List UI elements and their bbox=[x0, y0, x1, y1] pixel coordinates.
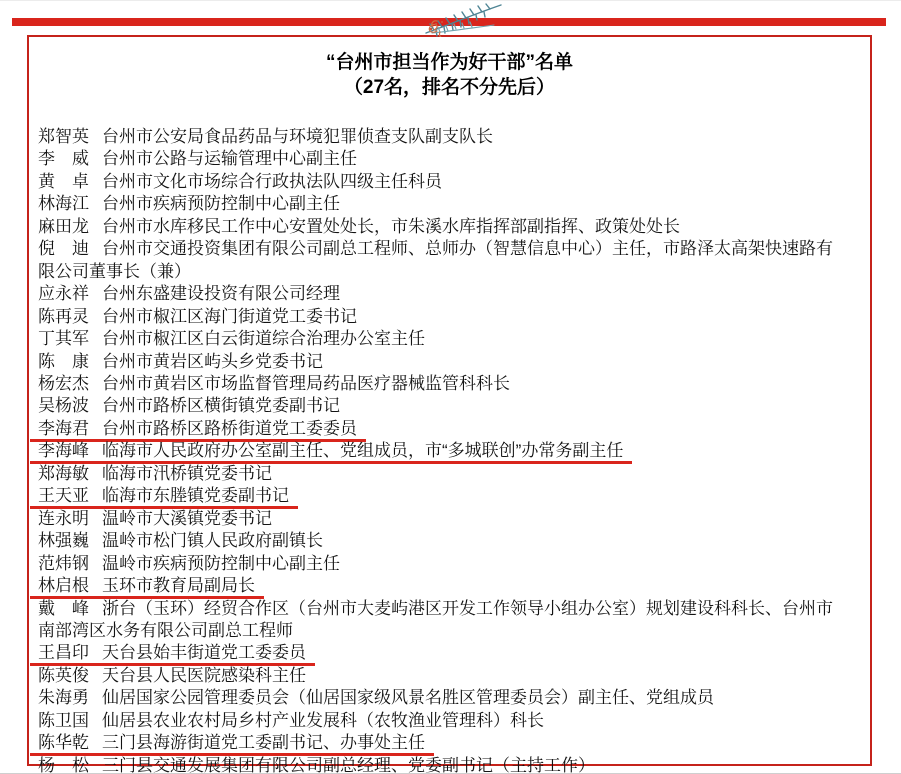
page-subtitle: （27名，排名不分先后） bbox=[29, 75, 870, 100]
entry-text: 陈卫国仙居县农业农村局乡村产业发展科（农牧渔业管理科）科长 bbox=[38, 711, 544, 730]
official-position: 台州市交通投资集团有限公司副总工程师、总师办（智慧信息中心）主任，市路泽太高架快… bbox=[38, 239, 833, 280]
entry-text: 陈 康台州市黄岩区屿头乡党委书记 bbox=[38, 352, 323, 371]
entry-text: 戴 峰浙台（玉环）经贸合作区（台州市大麦屿港区开发工作领导小组办公室）规划建设科… bbox=[38, 599, 833, 640]
official-name: 李 威 bbox=[38, 149, 89, 168]
list-item: 麻田龙台州市水库移民工作中心安置处处长，市朱溪水库指挥部副指挥、政策处处长 bbox=[38, 216, 845, 238]
official-name: 陈再灵 bbox=[38, 307, 89, 326]
official-name: 戴 峰 bbox=[38, 599, 89, 618]
list-item: 范炜钢温岭市疾病预防控制中心副主任 bbox=[38, 553, 845, 575]
list-item: 丁其军台州市椒江区白云街道综合治理办公室主任 bbox=[38, 328, 845, 350]
official-position: 临海市人民政府办公室副主任、党组成员，市“多城联创”办常务副主任 bbox=[102, 441, 623, 460]
entry-text: 李 威台州市公路与运输管理中心副主任 bbox=[38, 149, 357, 168]
entry-text: 丁其军台州市椒江区白云街道综合治理办公室主任 bbox=[38, 329, 425, 348]
list-item: 黄 卓台州市文化市场综合行政执法队四级主任科员 bbox=[38, 171, 845, 193]
entry-text: 吴杨波台州市路桥区横街镇党委副书记 bbox=[38, 396, 340, 415]
entry-text-underlined: 王天亚临海市东塍镇党委副书记 bbox=[30, 486, 298, 509]
official-position: 台州市路桥区横街镇党委副书记 bbox=[102, 396, 340, 415]
official-position: 温岭市大溪镇党委书记 bbox=[102, 509, 272, 528]
entry-text: 连永明温岭市大溪镇党委书记 bbox=[38, 509, 272, 528]
entry-text-underlined: 林启根玉环市教育局副局长 bbox=[30, 576, 264, 599]
list-item: 戴 峰浙台（玉环）经贸合作区（台州市大麦屿港区开发工作领导小组办公室）规划建设科… bbox=[38, 598, 845, 643]
official-name: 林强巍 bbox=[38, 531, 89, 550]
entry-text: 郑海敏临海市汛桥镇党委书记 bbox=[38, 464, 272, 483]
list-item: 李海峰临海市人民政府办公室副主任、党组成员，市“多城联创”办常务副主任 bbox=[38, 440, 845, 462]
document-frame: “台州市担当作为好干部”名单 （27名，排名不分先后） 郑智英台州市公安局食品药… bbox=[27, 35, 872, 766]
entry-text: 陈英俊天台县人民医院感染科主任 bbox=[38, 666, 306, 685]
official-position: 天台县始丰街道党工委委员 bbox=[102, 643, 306, 662]
entry-text-underlined: 王昌印天台县始丰街道党工委委员 bbox=[30, 643, 315, 666]
official-name: 应永祥 bbox=[38, 284, 89, 303]
official-name: 陈英俊 bbox=[38, 666, 89, 685]
official-name: 连永明 bbox=[38, 509, 89, 528]
list-item: 陈再灵台州市椒江区海门街道党工委书记 bbox=[38, 306, 845, 328]
official-name: 倪 迪 bbox=[38, 239, 89, 258]
official-name: 王天亚 bbox=[38, 486, 89, 505]
official-position: 台州市椒江区海门街道党工委书记 bbox=[102, 307, 357, 326]
entry-text-underlined: 李海峰临海市人民政府办公室副主任、党组成员，市“多城联创”办常务副主任 bbox=[30, 441, 632, 464]
page-title: “台州市担当作为好干部”名单 bbox=[29, 50, 870, 75]
entry-text: 郑智英台州市公安局食品药品与环境犯罪侦查支队副支队长 bbox=[38, 127, 493, 146]
official-position: 台州市疾病预防控制中心副主任 bbox=[102, 194, 340, 213]
list-item: 吴杨波台州市路桥区横街镇党委副书记 bbox=[38, 395, 845, 417]
official-position: 台州市椒江区白云街道综合治理办公室主任 bbox=[102, 329, 425, 348]
official-position: 台州市公安局食品药品与环境犯罪侦查支队副支队长 bbox=[102, 127, 493, 146]
entry-text-underlined: 李海君台州市路桥区路桥街道党工委委员 bbox=[30, 419, 366, 442]
list-item: 王昌印天台县始丰街道党工委委员 bbox=[38, 642, 845, 664]
official-name: 丁其军 bbox=[38, 329, 89, 348]
list-item: 王天亚临海市东塍镇党委副书记 bbox=[38, 485, 845, 507]
list-item: 李 威台州市公路与运输管理中心副主任 bbox=[38, 148, 845, 170]
entry-text: 杨宏杰台州市黄岩区市场监督管理局药品医疗器械监管科科长 bbox=[38, 374, 510, 393]
official-name: 吴杨波 bbox=[38, 396, 89, 415]
entry-text: 范炜钢温岭市疾病预防控制中心副主任 bbox=[38, 554, 340, 573]
list-item: 林海江台州市疾病预防控制中心副主任 bbox=[38, 193, 845, 215]
list-item: 朱海勇仙居国家公园管理委员会（仙居国家级风景名胜区管理委员会）副主任、党组成员 bbox=[38, 687, 845, 709]
official-position: 三门县海游街道党工委副书记、办事处主任 bbox=[102, 733, 425, 752]
official-position: 仙居县农业农村局乡村产业发展科（农牧渔业管理科）科长 bbox=[102, 711, 544, 730]
official-name: 林启根 bbox=[38, 576, 89, 595]
entry-text: 朱海勇仙居国家公园管理委员会（仙居国家级风景名胜区管理委员会）副主任、党组成员 bbox=[38, 688, 714, 707]
official-position: 台州市黄岩区市场监督管理局药品医疗器械监管科科长 bbox=[102, 374, 510, 393]
list-item: 郑海敏临海市汛桥镇党委书记 bbox=[38, 463, 845, 485]
entry-text: 陈再灵台州市椒江区海门街道党工委书记 bbox=[38, 307, 357, 326]
official-name: 朱海勇 bbox=[38, 688, 89, 707]
entry-text: 林海江台州市疾病预防控制中心副主任 bbox=[38, 194, 340, 213]
official-position: 台州市文化市场综合行政执法队四级主任科员 bbox=[102, 172, 442, 191]
official-position: 仙居国家公园管理委员会（仙居国家级风景名胜区管理委员会）副主任、党组成员 bbox=[102, 688, 714, 707]
list-item: 连永明温岭市大溪镇党委书记 bbox=[38, 508, 845, 530]
entry-text-underlined: 陈华乾三门县海游街道党工委副书记、办事处主任 bbox=[30, 733, 434, 756]
official-name: 陈卫国 bbox=[38, 711, 89, 730]
official-position: 玉环市教育局副局长 bbox=[102, 576, 255, 595]
list-item: 应永祥台州东盛建设投资有限公司经理 bbox=[38, 283, 845, 305]
official-name: 林海江 bbox=[38, 194, 89, 213]
official-name: 李海峰 bbox=[38, 441, 89, 460]
list-item: 杨 松三门县交通发展集团有限公司副总经理、党委副书记（主持工作） bbox=[38, 755, 845, 774]
list-item: 林强巍温岭市松门镇人民政府副镇长 bbox=[38, 530, 845, 552]
official-name: 范炜钢 bbox=[38, 554, 89, 573]
officials-list: 郑智英台州市公安局食品药品与环境犯罪侦查支队副支队长 李 威台州市公路与运输管理… bbox=[38, 126, 845, 774]
official-name: 杨宏杰 bbox=[38, 374, 89, 393]
official-position: 温岭市疾病预防控制中心副主任 bbox=[102, 554, 340, 573]
official-name: 陈 康 bbox=[38, 352, 89, 371]
list-item: 杨宏杰台州市黄岩区市场监督管理局药品医疗器械监管科科长 bbox=[38, 373, 845, 395]
official-name: 麻田龙 bbox=[38, 217, 89, 236]
branch-leaf-decoration-icon bbox=[420, 2, 506, 37]
official-name: 郑智英 bbox=[38, 127, 89, 146]
official-position: 浙台（玉环）经贸合作区（台州市大麦屿港区开发工作领导小组办公室）规划建设科科长、… bbox=[38, 599, 833, 640]
entry-text: 麻田龙台州市水库移民工作中心安置处处长，市朱溪水库指挥部副指挥、政策处处长 bbox=[38, 217, 680, 236]
list-item: 陈卫国仙居县农业农村局乡村产业发展科（农牧渔业管理科）科长 bbox=[38, 710, 845, 732]
official-position: 临海市东塍镇党委副书记 bbox=[102, 486, 289, 505]
official-position: 温岭市松门镇人民政府副镇长 bbox=[102, 531, 323, 550]
official-position: 台州市路桥区路桥街道党工委委员 bbox=[102, 419, 357, 438]
official-name: 郑海敏 bbox=[38, 464, 89, 483]
list-item: 林启根玉环市教育局副局长 bbox=[38, 575, 845, 597]
official-position: 临海市汛桥镇党委书记 bbox=[102, 464, 272, 483]
official-position: 台州市黄岩区屿头乡党委书记 bbox=[102, 352, 323, 371]
list-item: 倪 迪台州市交通投资集团有限公司副总工程师、总师办（智慧信息中心）主任，市路泽太… bbox=[38, 238, 845, 283]
entry-text: 应永祥台州东盛建设投资有限公司经理 bbox=[38, 284, 340, 303]
entry-text: 倪 迪台州市交通投资集团有限公司副总工程师、总师办（智慧信息中心）主任，市路泽太… bbox=[38, 239, 833, 280]
official-name: 陈华乾 bbox=[38, 733, 89, 752]
list-item: 李海君台州市路桥区路桥街道党工委委员 bbox=[38, 418, 845, 440]
entry-text: 杨 松三门县交通发展集团有限公司副总经理、党委副书记（主持工作） bbox=[38, 756, 595, 774]
official-position: 台州市水库移民工作中心安置处处长，市朱溪水库指挥部副指挥、政策处处长 bbox=[102, 217, 680, 236]
official-position: 三门县交通发展集团有限公司副总经理、党委副书记（主持工作） bbox=[102, 756, 595, 774]
official-position: 台州市公路与运输管理中心副主任 bbox=[102, 149, 357, 168]
official-name: 王昌印 bbox=[38, 643, 89, 662]
document-page: “台州市担当作为好干部”名单 （27名，排名不分先后） 郑智英台州市公安局食品药… bbox=[0, 0, 901, 774]
official-position: 天台县人民医院感染科主任 bbox=[102, 666, 306, 685]
entry-text: 林强巍温岭市松门镇人民政府副镇长 bbox=[38, 531, 323, 550]
list-item: 陈华乾三门县海游街道党工委副书记、办事处主任 bbox=[38, 732, 845, 754]
official-position: 台州东盛建设投资有限公司经理 bbox=[102, 284, 340, 303]
list-item: 陈英俊天台县人民医院感染科主任 bbox=[38, 665, 845, 687]
list-item: 郑智英台州市公安局食品药品与环境犯罪侦查支队副支队长 bbox=[38, 126, 845, 148]
official-name: 杨 松 bbox=[38, 756, 89, 774]
official-name: 黄 卓 bbox=[38, 172, 89, 191]
official-name: 李海君 bbox=[38, 419, 89, 438]
entry-text: 黄 卓台州市文化市场综合行政执法队四级主任科员 bbox=[38, 172, 442, 191]
list-item: 陈 康台州市黄岩区屿头乡党委书记 bbox=[38, 351, 845, 373]
